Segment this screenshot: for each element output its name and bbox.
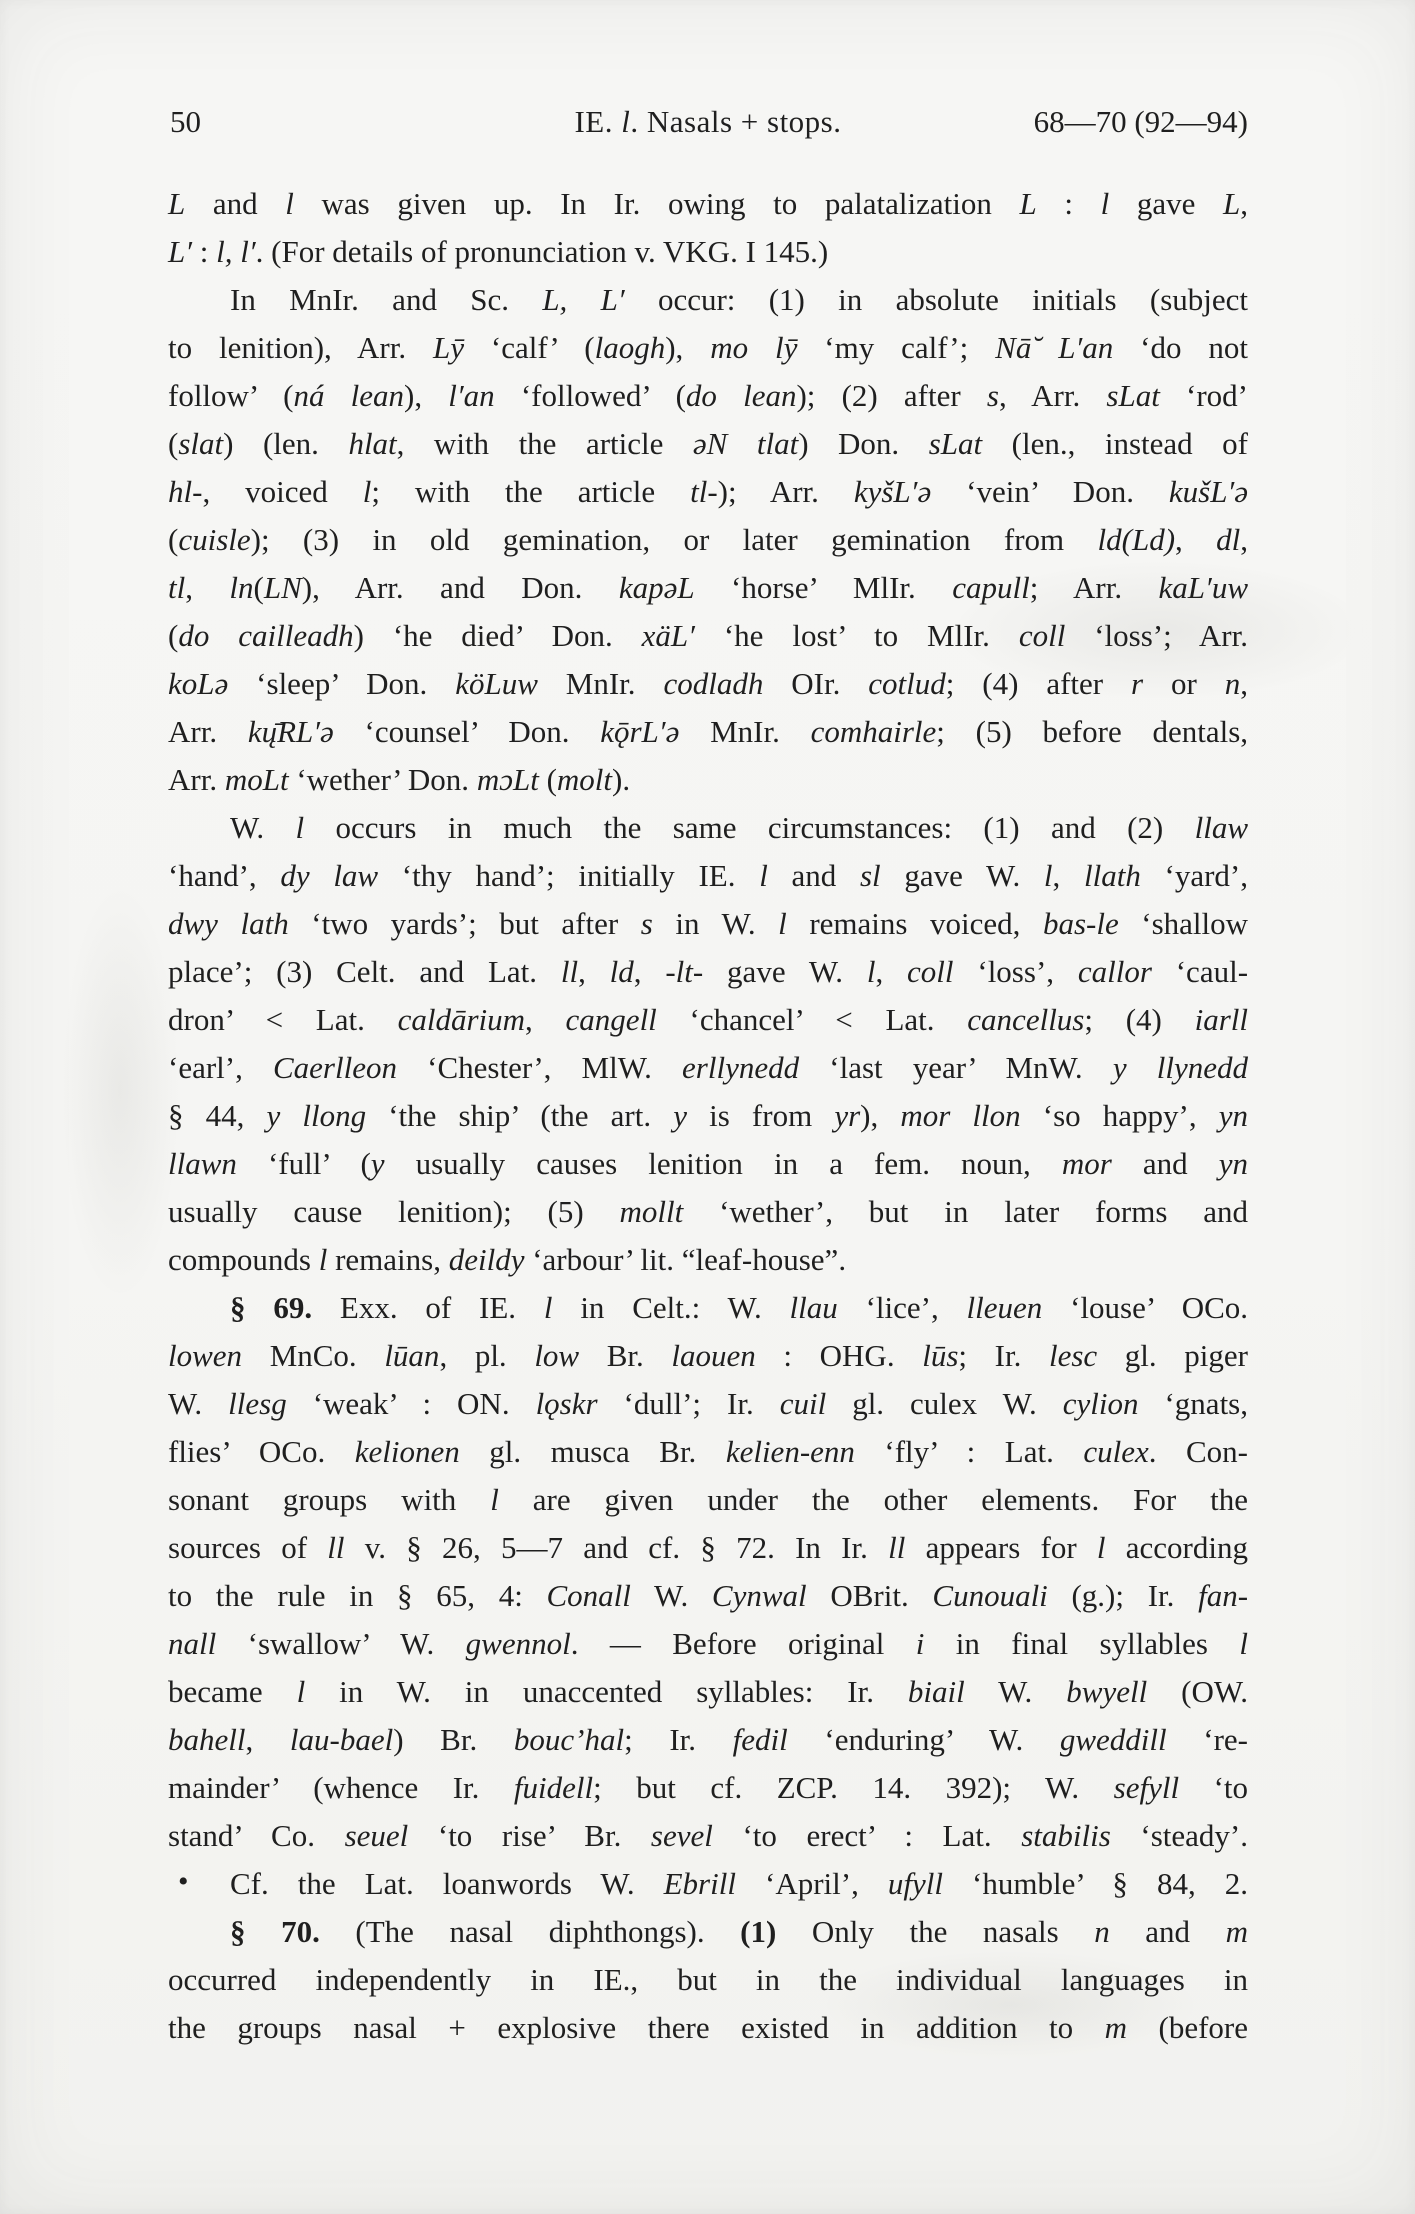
text-segment: IE.	[574, 104, 621, 139]
text-line: to lenition), Arr. Lȳ ‘calf’ (laogh), mo…	[168, 324, 1248, 372]
text-line: mainder’ (whence Ir. fuidell; but cf. ZC…	[168, 1764, 1248, 1812]
text-segment: place’; (3) Celt. and Lat.	[168, 954, 561, 989]
text-segment: ‘to erect’ : Lat.	[713, 1818, 1021, 1853]
text-segment: bas-le	[1043, 906, 1119, 941]
text-segment: ll	[561, 954, 578, 989]
text-segment: , Arr.	[999, 378, 1106, 413]
text-segment: bwyell	[1066, 1674, 1147, 1709]
text-line: usually cause lenition); (5) mollt ‘weth…	[168, 1188, 1248, 1236]
text-segment: kų̄RL′ə	[248, 714, 334, 749]
text-segment: (1)	[740, 1914, 776, 1949]
text-line: hl-, voiced l; with the article tl-); Ar…	[168, 468, 1248, 516]
text-segment: ‘chancel’ < Lat.	[657, 1002, 968, 1037]
text-line: (slat) (len. hlat, with the article əN t…	[168, 420, 1248, 468]
text-line: ‘earl’, Caerlleon ‘Chester’, MlW. erllyn…	[168, 1044, 1248, 1092]
text-segment: ,	[1240, 522, 1248, 557]
text-line: stand’ Co. seuel ‘to rise’ Br. sevel ‘to…	[168, 1812, 1248, 1860]
text-segment: in W.	[653, 906, 778, 941]
text-segment: ná lean	[293, 378, 404, 413]
text-segment: ld(Ld)	[1098, 522, 1176, 557]
text-segment: codladh	[663, 666, 763, 701]
text-segment: ‘so happy’,	[1021, 1098, 1219, 1133]
text-segment: ‘thy hand’; initially IE.	[378, 858, 759, 893]
text-segment: Arr.	[168, 714, 248, 749]
text-segment: ); Arr.	[718, 474, 854, 509]
text-segment: or	[1143, 666, 1225, 701]
text-segment: :	[192, 234, 216, 269]
text-segment: seuel	[345, 1818, 409, 1853]
text-segment: ‘my calf’;	[797, 330, 995, 365]
text-segment: ‘louse’ OCo.	[1042, 1290, 1248, 1325]
text-line: occurred independently in IE., but in th…	[168, 1956, 1248, 2004]
text-segment: L	[168, 186, 185, 221]
text-segment: ‘humble’ § 84, 2.	[943, 1866, 1248, 1901]
text-segment: mor llon	[900, 1098, 1020, 1133]
text-segment: gwennol	[466, 1626, 571, 1661]
text-segment: , pl.	[439, 1338, 534, 1373]
text-segment: lǫskr	[536, 1386, 598, 1421]
text-segment: ,	[1053, 858, 1084, 893]
text-segment: coll	[907, 954, 954, 989]
text-segment: according	[1106, 1530, 1248, 1565]
text-segment: ‘re-	[1167, 1722, 1248, 1757]
text-segment: ‘arbour’ lit. “leaf-house”.	[524, 1242, 846, 1277]
text-segment: and	[768, 858, 860, 893]
text-segment: deildy	[449, 1242, 525, 1277]
text-segment: kaL′uw	[1159, 570, 1248, 605]
text-segment: in final syllables	[924, 1626, 1239, 1661]
margin-bullet: •	[178, 1858, 189, 1906]
text-segment: ; with the article	[371, 474, 690, 509]
text-segment: ‘wether’, but in later forms and	[683, 1194, 1248, 1229]
text-segment: callor	[1078, 954, 1152, 989]
text-line: W. l occurs in much the same circumstanc…	[168, 804, 1248, 852]
text-segment: do cailleadh	[178, 618, 353, 653]
text-segment: l	[285, 186, 294, 221]
text-segment: L, L′	[542, 282, 624, 317]
text-segment: is from	[687, 1098, 834, 1133]
text-segment: , voiced	[202, 474, 362, 509]
text-segment: usually causes lenition in a fem. noun,	[385, 1146, 1062, 1181]
text-segment: capull	[952, 570, 1030, 605]
section-range: 68—70 (92—94)	[1034, 100, 1248, 144]
text-segment: ‘full’ (	[237, 1146, 371, 1181]
text-segment: v. § 26, 5—7 and cf. § 72. In Ir.	[345, 1530, 889, 1565]
text-segment: ld	[610, 954, 634, 989]
text-segment: hl-	[168, 474, 202, 509]
text-segment: ‘last year’ MnW.	[799, 1050, 1113, 1085]
text-line: flies’ OCo. kelionen gl. musca Br. kelie…	[168, 1428, 1248, 1476]
text-line: nall ‘swallow’ W. gwennol. — Before orig…	[168, 1620, 1248, 1668]
text-segment: ‘the ship’ (the art.	[366, 1098, 673, 1133]
text-segment: § 70.	[230, 1914, 320, 1949]
text-segment: llaw	[1195, 810, 1248, 845]
text-segment: ,	[875, 954, 907, 989]
text-segment: y llong	[267, 1098, 367, 1133]
text-segment: W.	[631, 1578, 712, 1613]
text-line: ‘hand’, dy law ‘thy hand’; initially IE.…	[168, 852, 1248, 900]
text-segment: mo lȳ	[710, 330, 797, 365]
text-segment: ‘April’,	[736, 1866, 888, 1901]
paragraph: W. l occurs in much the same circumstanc…	[168, 804, 1248, 1284]
text-segment: ,	[578, 954, 610, 989]
text-segment: ‘fly’ : Lat.	[855, 1434, 1083, 1469]
text-segment: ) Don.	[798, 426, 929, 461]
text-segment: gweddill	[1060, 1722, 1167, 1757]
text-segment: sources of	[168, 1530, 327, 1565]
text-line: § 69. Exx. of IE. l in Celt.: W. llau ‘l…	[168, 1284, 1248, 1332]
text-segment: ‘gnats,	[1139, 1386, 1249, 1421]
text-segment: ‘steady’.	[1111, 1818, 1248, 1853]
text-segment: tl-	[690, 474, 718, 509]
text-line: •Cf. the Lat. loanwords W. Ebrill ‘April…	[168, 1860, 1248, 1908]
text-segment: occurred independently in IE., but in th…	[168, 1962, 1248, 1997]
text-segment: flies’ OCo.	[168, 1434, 355, 1469]
text-segment: ).	[612, 762, 630, 797]
text-segment: laogh	[595, 330, 666, 365]
text-segment: do lean	[686, 378, 797, 413]
text-segment: ),	[404, 378, 448, 413]
text-segment: was given up. In Ir. owing to palataliza…	[294, 186, 1020, 221]
text-segment: lūan	[384, 1338, 439, 1373]
text-segment: ; Ir.	[958, 1338, 1049, 1373]
text-segment: MnIr.	[679, 714, 810, 749]
text-segment: ‘he lost’ to MlIr.	[695, 618, 1019, 653]
text-segment: ; but cf. ZCP. 14. 392); W.	[593, 1770, 1114, 1805]
text-segment: cylion	[1063, 1386, 1139, 1421]
text-line: place’; (3) Celt. and Lat. ll, ld, -lt- …	[168, 948, 1248, 996]
text-line: became l in W. in unaccented syllables: …	[168, 1668, 1248, 1716]
text-segment: n	[1094, 1914, 1110, 1949]
text-segment: ) ‘he died’ Don.	[354, 618, 642, 653]
text-segment: sl	[860, 858, 881, 893]
text-segment: (	[168, 522, 178, 557]
text-segment: (OW.	[1147, 1674, 1248, 1709]
text-segment: ,	[1240, 666, 1248, 701]
text-segment: ‘enduring’ W.	[788, 1722, 1060, 1757]
text-segment: OIr.	[763, 666, 868, 701]
text-segment: ‘to rise’ Br.	[408, 1818, 651, 1853]
text-segment: comhairle	[811, 714, 937, 749]
text-segment: cotlud	[868, 666, 946, 701]
text-segment: sLat	[929, 426, 982, 461]
text-segment: s	[987, 378, 999, 413]
text-segment: ‘wether’ Don.	[289, 762, 477, 797]
text-segment: lūs	[922, 1338, 958, 1373]
text-segment: follow’ (	[168, 378, 293, 413]
text-segment: r	[1131, 666, 1143, 701]
text-segment: lesc	[1049, 1338, 1097, 1373]
text-segment: in Celt.: W.	[553, 1290, 790, 1325]
text-segment: Arr.	[168, 762, 225, 797]
text-segment: ) Br.	[393, 1722, 514, 1757]
text-segment: ‘dull’; Ir.	[598, 1386, 780, 1421]
text-segment: :	[1037, 186, 1101, 221]
text-segment: iarll	[1195, 1002, 1248, 1037]
text-segment: moLt	[225, 762, 289, 797]
text-line: dron’ < Lat. caldārium, cangell ‘chancel…	[168, 996, 1248, 1044]
text-segment: kapəL	[619, 570, 695, 605]
text-segment: m	[1226, 1914, 1248, 1949]
text-segment: kelien-enn	[726, 1434, 855, 1469]
text-segment: l	[621, 104, 630, 139]
text-segment: § 44,	[168, 1098, 267, 1133]
text-segment: Conall	[547, 1578, 631, 1613]
text-segment: W.	[168, 1386, 228, 1421]
text-segment: gave W.	[881, 858, 1044, 893]
text-segment: . Con-	[1149, 1434, 1248, 1469]
text-segment: laouen	[671, 1338, 755, 1373]
text-line: (cuisle); (3) in old gemination, or late…	[168, 516, 1248, 564]
text-segment: . — Before original	[571, 1626, 916, 1661]
text-segment: l′an	[448, 378, 494, 413]
text-line: tl, ln(LN), Arr. and Don. kapəL ‘horse’ …	[168, 564, 1248, 612]
text-segment: (len., instead of	[982, 426, 1248, 461]
text-segment: y	[371, 1146, 385, 1181]
text-block: L and l was given up. In Ir. owing to pa…	[168, 180, 1248, 2052]
text-segment: llath	[1084, 858, 1141, 893]
text-segment: ‘counsel’ Don.	[334, 714, 600, 749]
text-segment: ll	[888, 1530, 905, 1565]
text-line: llawn ‘full’ (y usually causes lenition …	[168, 1140, 1248, 1188]
text-segment: dy law	[280, 858, 378, 893]
text-segment: ‘calf’ (	[464, 330, 595, 365]
text-segment: ,	[246, 1722, 290, 1757]
text-line: Arr. moLt ‘wether’ Don. mɔLt (molt).	[168, 756, 1248, 804]
text-segment: gave W.	[703, 954, 867, 989]
text-segment: l	[297, 1674, 306, 1709]
text-line: W. llesg ‘weak’ : ON. lǫskr ‘dull’; Ir. …	[168, 1380, 1248, 1428]
text-segment: low	[534, 1338, 579, 1373]
text-segment: slat	[178, 426, 223, 461]
text-segment: xäL′	[642, 618, 695, 653]
text-segment: sevel	[651, 1818, 713, 1853]
text-line: L′ : l, l′. (For details of pronunciatio…	[168, 228, 1248, 276]
text-segment: l	[1101, 186, 1110, 221]
text-segment: l	[490, 1482, 499, 1517]
text-segment: remains,	[327, 1242, 448, 1277]
text-segment: kyšL′ə	[854, 474, 931, 509]
text-segment: ‘earl’,	[168, 1050, 273, 1085]
text-segment: ) (len.	[223, 426, 348, 461]
text-segment: l	[778, 906, 787, 941]
text-line: § 44, y llong ‘the ship’ (the art. y is …	[168, 1092, 1248, 1140]
text-segment: ‘swallow’ W.	[216, 1626, 465, 1661]
text-line: lowen MnCo. lūan, pl. low Br. laouen : O…	[168, 1332, 1248, 1380]
text-segment: Only the nasals	[776, 1914, 1094, 1949]
text-segment: l	[1239, 1626, 1248, 1661]
text-segment: cuisle	[178, 522, 250, 557]
text-segment: ‘weak’ : ON.	[287, 1386, 536, 1421]
text-segment: remains voiced,	[787, 906, 1043, 941]
text-segment: : OHG.	[756, 1338, 922, 1373]
text-segment: ,	[1175, 522, 1216, 557]
text-line: the groups nasal + explosive there exist…	[168, 2004, 1248, 2052]
text-segment: Br.	[579, 1338, 671, 1373]
text-segment: Caerlleon	[273, 1050, 397, 1085]
text-segment: llesg	[228, 1386, 287, 1421]
text-segment: occurs in much the same circumstances: (…	[304, 810, 1194, 845]
text-segment: ; (5) before dentals,	[936, 714, 1248, 749]
text-segment: became	[168, 1674, 297, 1709]
text-segment: in W. in unaccented syllables: Ir.	[305, 1674, 908, 1709]
text-segment: W.	[965, 1674, 1067, 1709]
text-segment: biail	[908, 1674, 965, 1709]
text-segment: ; Ir.	[624, 1722, 733, 1757]
text-line: compounds l remains, deildy ‘arbour’ lit…	[168, 1236, 1248, 1284]
text-segment: -lt-	[665, 954, 703, 989]
text-segment: ),	[860, 1098, 900, 1133]
text-segment: OBrit.	[807, 1578, 933, 1613]
text-segment: dwy lath	[168, 906, 289, 941]
text-segment: stabilis	[1021, 1818, 1111, 1853]
text-segment: the groups nasal + explosive there exist…	[168, 2010, 1105, 2045]
text-segment: ‘shallow	[1119, 906, 1248, 941]
text-segment: are given under the other elements. For …	[499, 1482, 1248, 1517]
text-segment: kušL′ə	[1169, 474, 1248, 509]
text-segment: Nā̆ L′an	[995, 330, 1113, 365]
text-segment: ‘followed’ (	[495, 378, 686, 413]
text-segment: yn	[1219, 1098, 1248, 1133]
text-segment: . (For details of pronunciation v. VKG. …	[256, 234, 829, 269]
text-segment: Cunouali	[932, 1578, 1047, 1613]
text-segment: ‘Chester’, MlW.	[397, 1050, 682, 1085]
text-segment: y	[673, 1098, 687, 1133]
text-segment: ; (4) after	[946, 666, 1131, 701]
text-segment: bahell	[168, 1722, 246, 1757]
text-segment: nall	[168, 1626, 216, 1661]
text-line: follow’ (ná lean), l′an ‘followed’ (do l…	[168, 372, 1248, 420]
text-segment: ); (2) after	[796, 378, 986, 413]
text-segment: kelionen	[355, 1434, 460, 1469]
text-segment: and	[1112, 1146, 1219, 1181]
text-segment: caldārium	[398, 1002, 525, 1037]
text-segment: In MnIr. and Sc.	[230, 282, 542, 317]
text-line: sources of ll v. § 26, 5—7 and cf. § 72.…	[168, 1524, 1248, 1572]
paragraph: § 69. Exx. of IE. l in Celt.: W. llau ‘l…	[168, 1284, 1248, 1908]
text-segment: s	[641, 906, 653, 941]
paragraph: In MnIr. and Sc. L, L′ occur: (1) in abs…	[168, 276, 1248, 804]
text-segment: lleuen	[967, 1290, 1043, 1325]
text-segment: l	[759, 858, 768, 893]
text-segment: l	[1044, 858, 1053, 893]
text-segment: l	[1097, 1530, 1106, 1565]
text-segment: dl	[1216, 522, 1240, 557]
text-segment: § 69.	[230, 1290, 312, 1325]
text-segment: ‘lice’,	[838, 1290, 967, 1325]
paragraph: § 70. (The nasal diphthongs). (1) Only t…	[168, 1908, 1248, 2052]
text-segment: mɔLt	[477, 762, 539, 797]
text-segment: to lenition), Arr.	[168, 330, 433, 365]
text-segment: LN	[264, 570, 302, 605]
text-segment: and	[1110, 1914, 1226, 1949]
text-segment: Lȳ	[433, 330, 464, 365]
text-segment: gl. musca Br.	[460, 1434, 726, 1469]
page-header: 50 IE. l. Nasals + stops. 68—70 (92—94)	[168, 100, 1248, 144]
paragraph: L and l was given up. In Ir. owing to pa…	[168, 180, 1248, 276]
text-segment: Exx. of IE.	[312, 1290, 544, 1325]
text-segment: . Nasals + stops.	[630, 104, 841, 139]
text-segment: (g.); Ir.	[1048, 1578, 1198, 1613]
text-segment: MnCo.	[242, 1338, 384, 1373]
text-segment: kǭrL′ə	[600, 714, 679, 749]
text-segment: L′	[168, 234, 192, 269]
text-segment: sefyll	[1114, 1770, 1179, 1805]
text-segment: ,	[185, 570, 229, 605]
text-segment: sonant groups with	[168, 1482, 490, 1517]
text-segment: L	[1223, 186, 1240, 221]
text-segment: ‘do not	[1113, 330, 1248, 365]
text-segment: lau-bael	[290, 1722, 393, 1757]
text-segment: molt	[557, 762, 612, 797]
text-segment: cuil	[780, 1386, 827, 1421]
text-segment: l, l′	[216, 234, 256, 269]
text-segment: ‘sleep’ Don.	[228, 666, 455, 701]
text-segment: ‘to	[1179, 1770, 1248, 1805]
text-segment: cangell	[566, 1002, 657, 1037]
text-segment: ‘horse’ MlIr.	[695, 570, 953, 605]
text-segment: L	[1019, 186, 1036, 221]
text-segment: bouc’hal	[514, 1722, 624, 1757]
text-segment: stand’ Co.	[168, 1818, 345, 1853]
text-segment: , with the article	[397, 426, 693, 461]
text-line: (do cailleadh) ‘he died’ Don. xäL′ ‘he l…	[168, 612, 1248, 660]
text-segment: MnIr.	[538, 666, 664, 701]
text-segment: y llynedd	[1113, 1050, 1248, 1085]
text-segment: fuidell	[514, 1770, 593, 1805]
text-segment: llawn	[168, 1146, 237, 1181]
text-segment: ‘yard’,	[1141, 858, 1248, 893]
text-segment: ), Arr. and Don.	[302, 570, 619, 605]
text-line: sonant groups with l are given under the…	[168, 1476, 1248, 1524]
text-segment: yr	[834, 1098, 860, 1133]
text-line: bahell, lau-bael) Br. bouc’hal; Ir. fedi…	[168, 1716, 1248, 1764]
text-segment: (The nasal diphthongs).	[320, 1914, 740, 1949]
text-line: In MnIr. and Sc. L, L′ occur: (1) in abs…	[168, 276, 1248, 324]
text-segment: ,	[525, 1002, 566, 1037]
text-line: dwy lath ‘two yards’; but after s in W. …	[168, 900, 1248, 948]
text-segment: hlat	[348, 426, 396, 461]
text-segment: fedil	[733, 1722, 788, 1757]
text-segment: mollt	[620, 1194, 684, 1229]
text-segment: ‘caul-	[1152, 954, 1248, 989]
text-segment: mainder’ (whence Ir.	[168, 1770, 514, 1805]
scanned-book-page: 50 IE. l. Nasals + stops. 68—70 (92—94) …	[0, 0, 1415, 2214]
text-segment: m	[1105, 2010, 1127, 2045]
text-segment: koLə	[168, 666, 228, 701]
text-segment: Cynwal	[712, 1578, 807, 1613]
text-segment: ‘loss’; Arr.	[1065, 618, 1248, 653]
text-segment: sLat	[1106, 378, 1159, 413]
text-segment: yn	[1219, 1146, 1248, 1181]
text-segment: ); (3) in old gemination, or later gemin…	[251, 522, 1098, 557]
text-segment: culex	[1083, 1434, 1148, 1469]
text-segment: ,	[1240, 186, 1248, 221]
text-segment: (before	[1127, 2010, 1248, 2045]
text-segment: ),	[665, 330, 710, 365]
show-through-smudge	[60, 880, 180, 1300]
text-segment: ‘two yards’; but after	[289, 906, 641, 941]
text-line: Arr. kų̄RL′ə ‘counsel’ Don. kǭrL′ə MnIr.…	[168, 708, 1248, 756]
text-segment: lowen	[168, 1338, 242, 1373]
text-segment: (	[539, 762, 557, 797]
text-segment: gl. piger	[1097, 1338, 1248, 1373]
text-segment: to the rule in § 65, 4:	[168, 1578, 547, 1613]
text-segment: l	[296, 810, 305, 845]
text-segment: ,	[634, 954, 666, 989]
text-segment: dron’ < Lat.	[168, 1002, 398, 1037]
text-segment: mor	[1062, 1146, 1112, 1181]
